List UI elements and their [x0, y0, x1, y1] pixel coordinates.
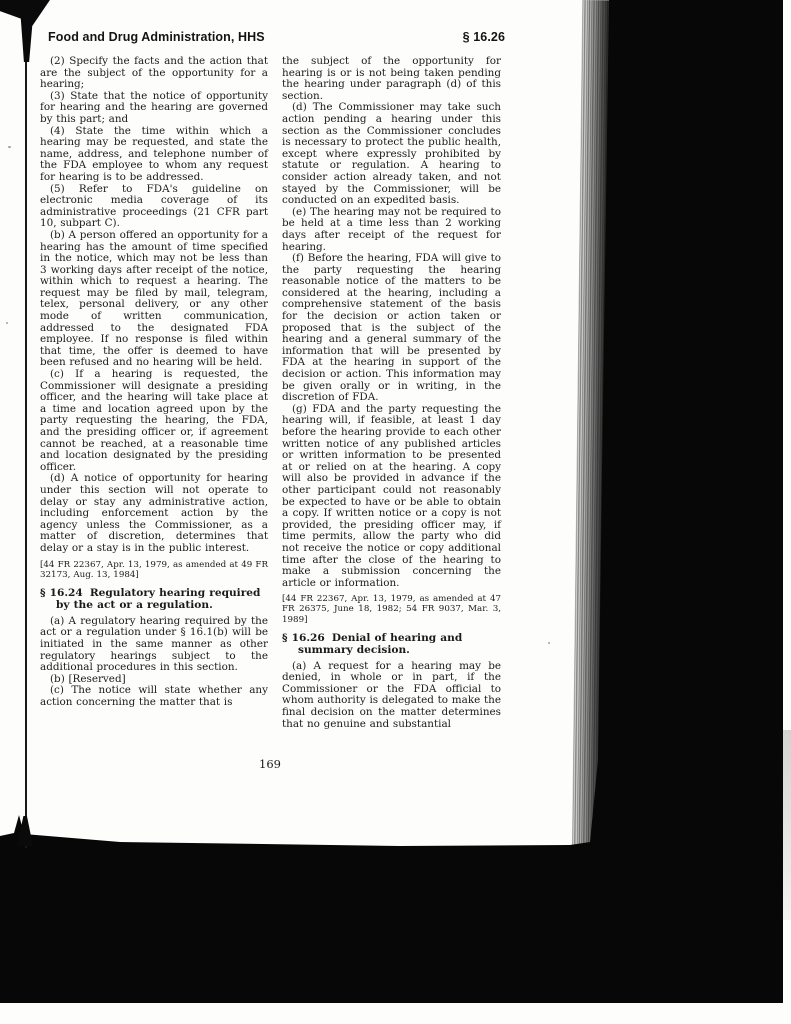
- paragraph: (4) State the time within which a hearin…: [40, 126, 268, 184]
- page-number: 169: [40, 757, 500, 771]
- scan-speck: [8, 146, 11, 148]
- paragraph: (a) A regulatory hearing required by the…: [40, 616, 268, 674]
- paragraph: (d) A notice of opportunity for hearing …: [40, 473, 268, 554]
- paragraph: (c) The notice will state whether any ac…: [40, 685, 268, 708]
- edge-smudge-artifact: [783, 730, 791, 920]
- paragraph: (2) Specify the facts and the action tha…: [40, 56, 268, 91]
- running-head: Food and Drug Administration, HHS § 16.2…: [48, 30, 505, 44]
- paragraph: (b) A person offered an opportunity for …: [40, 230, 268, 369]
- scanned-page: Food and Drug Administration, HHS § 16.2…: [0, 0, 791, 1024]
- paragraph: (e) The hearing may not be required to b…: [282, 207, 501, 253]
- paragraph: (g) FDA and the party requesting the hea…: [282, 404, 501, 590]
- fr-citation: [44 FR 22367, Apr. 13, 1979, as amended …: [282, 594, 501, 624]
- paragraph: (5) Refer to FDA's guideline on electron…: [40, 184, 268, 230]
- paragraph: (f) Before the hearing, FDA will give to…: [282, 253, 501, 404]
- section-number: § 16.24: [40, 587, 83, 599]
- section-heading-16-24: § 16.24Regulatory hearing required by th…: [40, 587, 268, 611]
- fr-citation: [44 FR 22367, Apr. 13, 1979, as amended …: [40, 560, 268, 580]
- running-head-title: Food and Drug Administration, HHS: [48, 30, 265, 44]
- section-number: § 16.26: [282, 632, 325, 644]
- spine-crease-line: [25, 0, 27, 848]
- section-heading-16-26: § 16.26Denial of hearing and summary dec…: [282, 632, 501, 656]
- paragraph: (c) If a hearing is requested, the Commi…: [40, 369, 268, 473]
- column-left: (2) Specify the facts and the action tha…: [40, 56, 268, 708]
- paragraph: (3) State that the notice of opportunity…: [40, 91, 268, 126]
- scan-speck: [6, 322, 8, 324]
- scan-speck: [548, 642, 550, 644]
- column-right: the subject of the opportunity for heari…: [282, 56, 501, 730]
- corner-fold-artifact: [0, 0, 52, 62]
- paragraph: (d) The Commissioner may take such actio…: [282, 102, 501, 206]
- running-head-section-ref: § 16.26: [463, 30, 505, 44]
- paragraph: (a) A request for a hearing may be denie…: [282, 661, 501, 731]
- section-title: Regulatory hearing required by the act o…: [56, 587, 260, 611]
- paragraph: the subject of the opportunity for heari…: [282, 56, 501, 102]
